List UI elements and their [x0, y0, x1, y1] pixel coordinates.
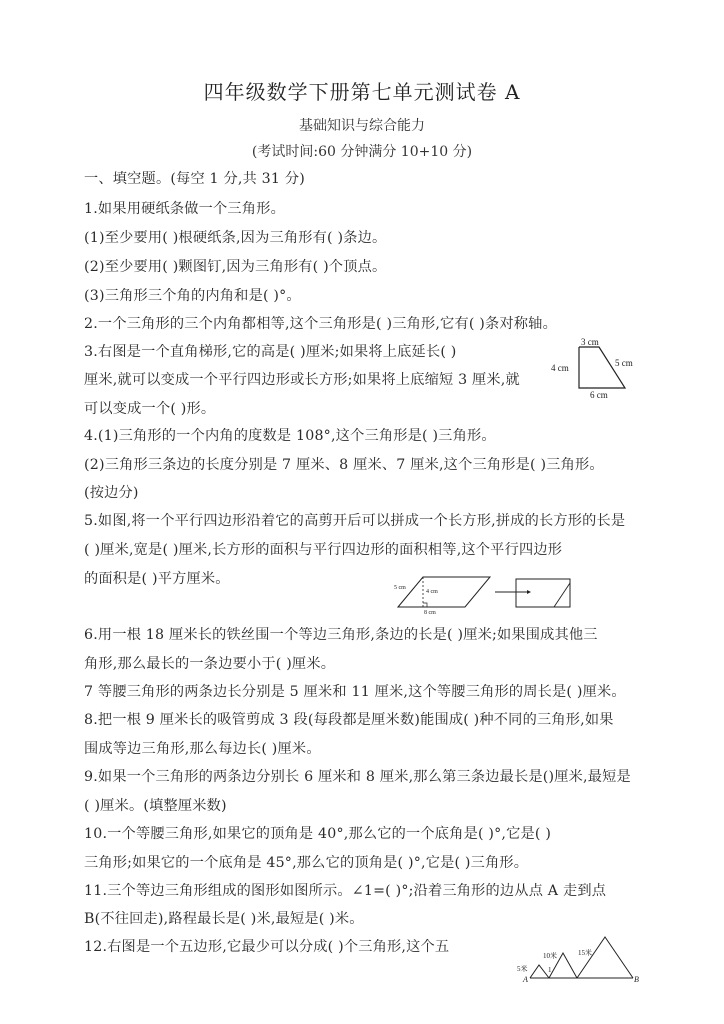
trapezoid-left-label: 4 cm [551, 363, 569, 373]
question-3-line-2: 厘米,就可以变成一个平行四边形或长方形;如果将上底缩短 3 厘米,就 [84, 371, 520, 389]
question-10-line-2: 三角形;如果它的一个底角是 45°,那么它的顶角是( )°,它是( )三角形。 [84, 854, 528, 872]
exam-info: (考试时间:60 分钟满分 10+10 分) [0, 141, 724, 161]
question-12-line-1: 12.右图是一个五边形,它最少可以分成( )个三角形,这个五 [84, 938, 449, 956]
question-10-line-1: 10.一个等腰三角形,如果它的顶角是 40°,那么它的一个底角是( )°,它是(… [84, 825, 551, 843]
question-5-line-2: ( )厘米,宽是( )厘米,长方形的面积与平行四边形的面积相等,这个平行四边形 [84, 541, 562, 559]
arrow-icon [527, 590, 531, 594]
parallelogram-base-label: 8 cm [424, 610, 436, 616]
question-11-line-2: B(不往回走),路程最长是( )米,最短是( )米。 [84, 910, 364, 928]
medium-triangle-label: 10米 [543, 951, 557, 960]
point-a-label: A [522, 975, 528, 984]
question-4-part-2: (2)三角形三条边的长度分别是 7 厘米、8 厘米、7 厘米,这个三角形是( )… [84, 456, 604, 474]
question-4-note: (按边分) [84, 484, 139, 502]
trapezoid-slant-label: 5 cm [615, 358, 633, 368]
triangles-figure: 5米 10米 15米 1 A B [505, 930, 645, 986]
question-3-line-1: 3.右图是一个直角梯形,它的高是( )厘米;如果将上底延长( ) [84, 343, 457, 361]
question-3-line-3: 可以变成一个( )形。 [84, 400, 215, 418]
trapezoid-top-label: 3 cm [581, 337, 599, 347]
trapezoid-bottom-label: 6 cm [590, 390, 608, 400]
page-subtitle: 基础知识与综合能力 [0, 115, 724, 135]
trapezoid-figure: 3 cm 4 cm 5 cm 6 cm [545, 336, 645, 400]
question-1-part-1: (1)至少要用( )根硬纸条,因为三角形有( )条边。 [84, 229, 386, 247]
question-9-line-2: ( )厘米。(填整厘米数) [84, 797, 227, 815]
large-triangle-label: 15米 [578, 948, 592, 957]
angle-1-label: 1 [548, 966, 552, 974]
small-triangle-label: 5米 [517, 964, 528, 973]
question-7: 7 等腰三角形的两条边长分别是 5 厘米和 11 厘米,这个等腰三角形的周长是(… [84, 683, 626, 701]
question-6-line-2: 角形,那么最长的一条边要小于( )厘米。 [84, 655, 335, 673]
parallelogram-height-label: 4 cm [426, 589, 438, 595]
question-9-line-1: 9.如果一个三角形的两条边分别长 6 厘米和 8 厘米,那么第三条边最长是()厘… [84, 768, 631, 786]
point-b-label: B [634, 975, 639, 984]
question-5-line-1: 5.如图,将一个平行四边形沿着它的高剪开后可以拼成一个长方形,拼成的长方形的长是 [84, 512, 625, 530]
question-6-line-1: 6.用一根 18 厘米长的铁丝围一个等边三角形,条边的长是( )厘米;如果围成其… [84, 626, 598, 644]
question-1-part-2: (2)至少要用( )颗图钉,因为三角形有( )个顶点。 [84, 258, 386, 276]
question-8-line-1: 8.把一根 9 厘米长的吸管剪成 3 段(每段都是厘米数)能围成( )种不同的三… [84, 711, 614, 729]
page-title: 四年级数学下册第七单元测试卷 A [0, 76, 724, 105]
section-heading: 一、填空题。(每空 1 分,共 31 分) [84, 170, 305, 188]
question-8-line-2: 围成等边三角形,那么每边长( )厘米。 [84, 740, 321, 758]
question-1-part-3: (3)三角形三个角的内角和是( )°。 [84, 287, 301, 305]
question-2: 2.一个三角形的三个内角都相等,这个三角形是( )三角形,它有( )条对称轴。 [84, 315, 557, 333]
parallelogram-side-label: 5 cm [394, 585, 406, 591]
question-1: 1.如果用硬纸条做一个三角形。 [84, 200, 285, 218]
question-5-line-3: 的面积是( )平方厘米。 [84, 570, 230, 588]
parallelogram-figure: 5 cm 4 cm 8 cm [390, 570, 590, 618]
question-11-line-1: 11.三个等边三角形组成的图形如图所示。∠1=( )°;沿着三角形的边从点 A … [84, 882, 606, 900]
question-4-part-1: 4.(1)三角形的一个内角的度数是 108°,这个三角形是( )三角形。 [84, 427, 496, 445]
